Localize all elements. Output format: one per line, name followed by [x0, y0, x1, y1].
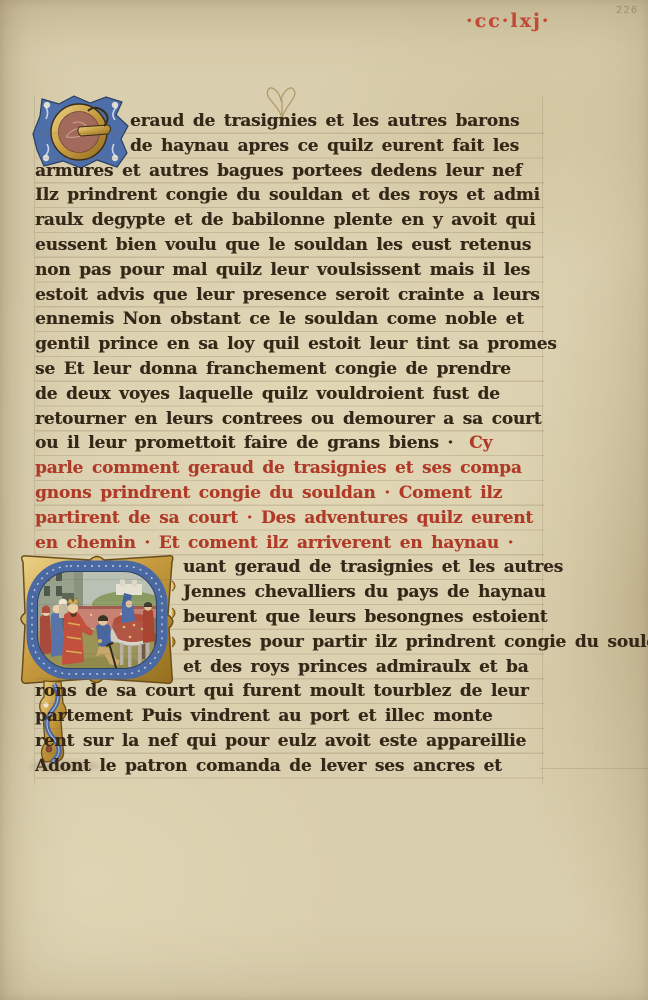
folio-number: ·cc·lxj·	[466, 10, 550, 32]
text-line: prestes pour partir ilz prindrent congie…	[35, 630, 544, 655]
text-line: Jennes chevalliers du pays de haynau	[35, 580, 544, 605]
text-column: eraud de trasignies et les autres barons…	[35, 109, 544, 779]
rubric-incipit: Cy	[469, 433, 492, 453]
ruling-line-extension	[540, 768, 648, 769]
text-line: uant geraud de trasignies et les autres	[35, 555, 544, 580]
text-line: retourner en leurs contrees ou demourer …	[35, 407, 544, 432]
text-line: raulx degypte et de babilonne plente en …	[35, 208, 544, 233]
text-line: ennemis Non obstant ce le souldan come n…	[35, 307, 544, 332]
text-line: beurent que leurs besongnes estoient	[35, 605, 544, 630]
text-line: gentil prince en sa loy quil estoit leur…	[35, 332, 544, 357]
text-line: partement Puis vindrent au port et illec…	[35, 704, 544, 729]
text-line: se Et leur donna franchement congie de p…	[35, 357, 544, 382]
text-line-end: ou il leur promettoit faire de grans bie…	[35, 433, 453, 453]
text-line: rent sur la nef qui pour eulz avoit este…	[35, 729, 544, 754]
text-line: rons de sa court qui furent moult tourbl…	[35, 679, 544, 704]
pencil-foliation: 226	[616, 5, 638, 16]
text-line: eraud de trasignies et les autres barons	[35, 109, 544, 134]
text-line: de deux voyes laquelle quilz vouldroient…	[35, 382, 544, 407]
text-line: eussent bien voulu que le souldan les eu…	[35, 233, 544, 258]
text-line: non pas pour mal quilz leur voulsissent …	[35, 258, 544, 283]
text-line: de haynau apres ce quilz eurent fait les	[35, 134, 544, 159]
rubric-line: gnons prindrent congie du souldan · Come…	[35, 481, 544, 506]
text-line: ou il leur promettoit faire de grans bie…	[35, 431, 544, 456]
text-line: estoit advis que leur presence seroit cr…	[35, 283, 544, 308]
rubric-line: partirent de sa court · Des adventures q…	[35, 506, 544, 531]
rubric-line: parle comment geraud de trasignies et se…	[35, 456, 544, 481]
rubric-line: en chemin · Et coment ilz arriverent en …	[35, 531, 544, 556]
text-line: Adont le patron comanda de lever ses anc…	[35, 754, 544, 779]
text-line: Ilz prindrent congie du souldan et des r…	[35, 183, 544, 208]
text-line: armures et autres bagues portees dedens …	[35, 159, 544, 184]
text-line: et des roys princes admiraulx et ba	[35, 655, 544, 680]
